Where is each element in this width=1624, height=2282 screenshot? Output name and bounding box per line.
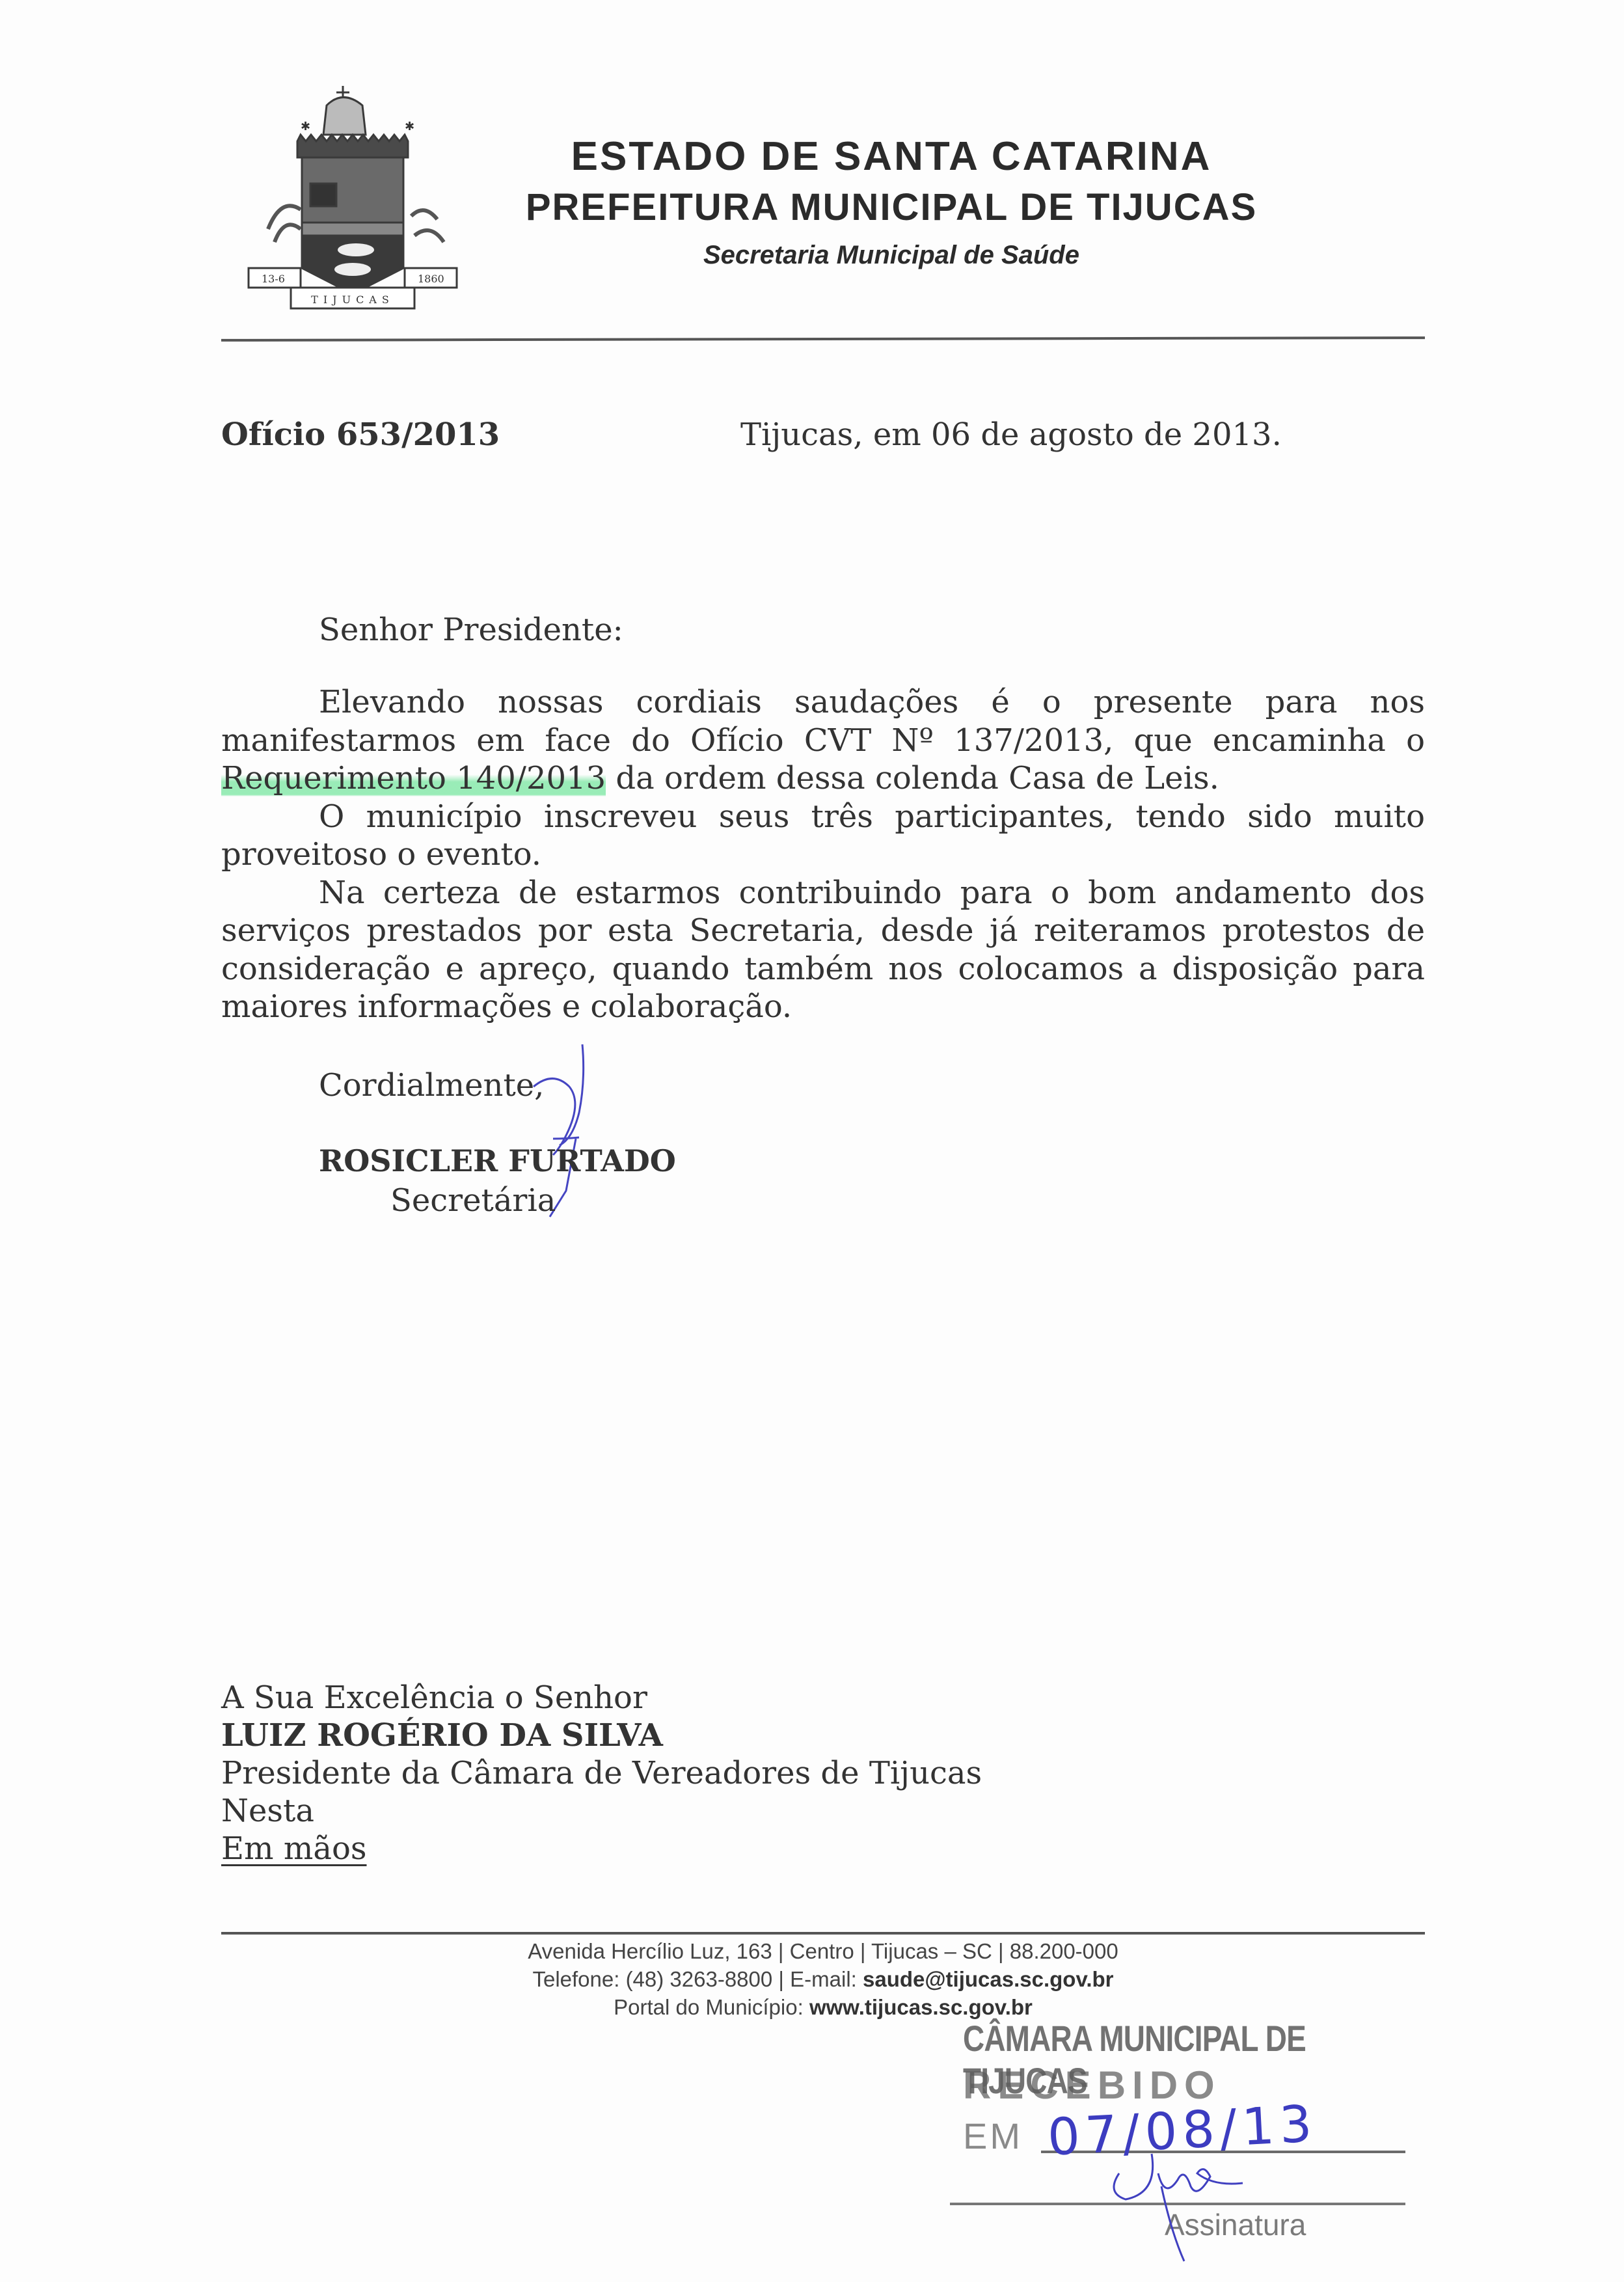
recipient-title: Presidente da Câmara de Vereadores de Ti…	[221, 1754, 982, 1792]
received-stamp: CÂMARA MUNICIPAL DE TIJUCAS RECEBIDO EM …	[950, 2017, 1418, 2225]
coat-of-arms-icon: ✱ ✱ 13-6 1860 TIJUCAS	[229, 79, 470, 314]
prefecture-heading: PREFEITURA MUNICIPAL DE TIJUCAS	[449, 185, 1334, 229]
svg-text:TIJUCAS: TIJUCAS	[311, 293, 394, 306]
recipient-block: A Sua Excelência o Senhor LUIZ ROGÉRIO D…	[221, 1679, 982, 1868]
highlighted-reference: Requerimento 140/2013	[221, 760, 606, 796]
office-date: Tijucas, em 06 de agosto de 2013.	[740, 416, 1282, 453]
paragraph-3: Na certeza de estarmos contribuindo para…	[221, 874, 1425, 1026]
recipient-place: Nesta	[221, 1792, 982, 1830]
signer-role: Secretária	[390, 1182, 556, 1219]
stamp-handwritten-signature-icon	[1100, 2115, 1295, 2264]
header-divider	[221, 336, 1425, 342]
state-heading: ESTADO DE SANTA CATARINA	[449, 133, 1334, 180]
delivery-note: Em mãos	[221, 1830, 366, 1867]
salutation: Senhor Presidente:	[319, 612, 623, 648]
footer-portal: Portal do Município: www.tijucas.sc.gov.…	[221, 1995, 1425, 2020]
svg-text:1860: 1860	[418, 273, 444, 285]
signer-name: ROSICLER FURTADO	[319, 1143, 676, 1178]
stamp-received: RECEBIDO	[963, 2063, 1221, 2108]
footer-contact: Telefone: (48) 3263-8800 | E-mail: saude…	[221, 1967, 1425, 1992]
recipient-name: LUIZ ROGÉRIO DA SILVA	[221, 1717, 982, 1754]
paragraph-1: Elevando nossas cordiais saudações é o p…	[221, 683, 1425, 798]
office-number: Ofício 653/2013	[221, 416, 500, 453]
department-heading: Secretaria Municipal de Saúde	[449, 241, 1334, 270]
closing-greeting: Cordialmente,	[319, 1067, 544, 1104]
paragraph-2: O município inscreveu seus três particip…	[221, 798, 1425, 874]
svg-text:✱: ✱	[301, 120, 310, 133]
footer-portal-link[interactable]: www.tijucas.sc.gov.br	[809, 1995, 1033, 2019]
svg-text:13-6: 13-6	[262, 273, 285, 285]
footer-address: Avenida Hercílio Luz, 163 | Centro | Tij…	[221, 1939, 1425, 1964]
footer-divider	[221, 1932, 1425, 1935]
recipient-honorific: A Sua Excelência o Senhor	[221, 1679, 982, 1717]
stamp-em: EM	[963, 2115, 1023, 2157]
svg-text:✱: ✱	[405, 120, 414, 133]
letter-body: Elevando nossas cordiais saudações é o p…	[221, 683, 1425, 1026]
footer-email[interactable]: saude@tijucas.sc.gov.br	[863, 1967, 1114, 1991]
